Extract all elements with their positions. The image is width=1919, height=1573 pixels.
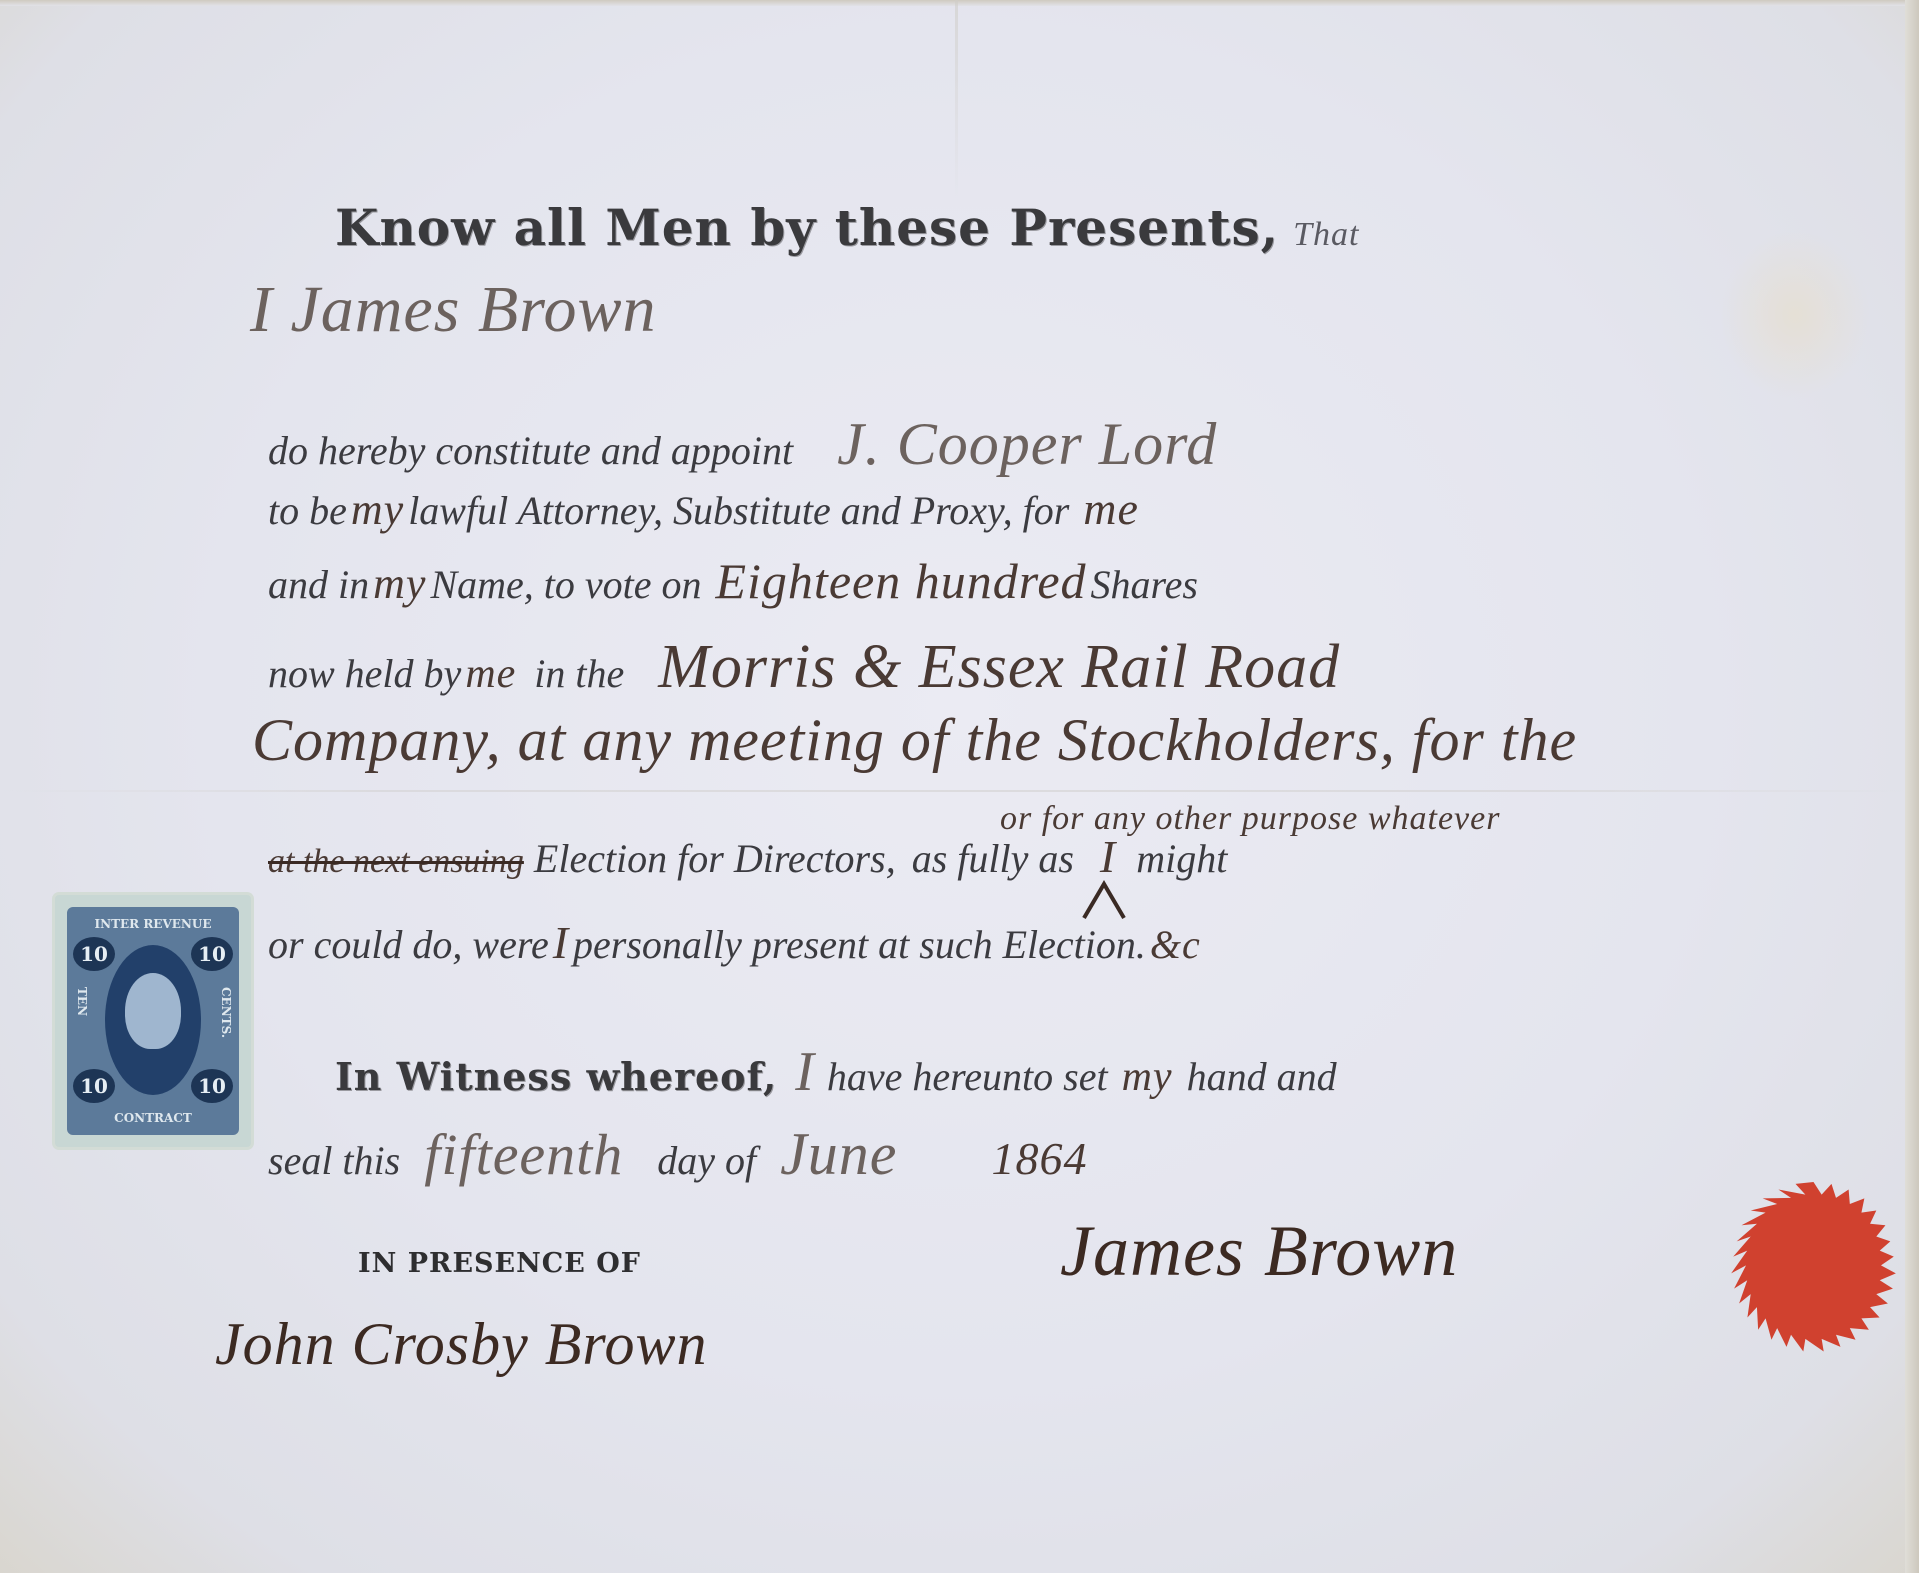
date-line: seal this fifteenth day of June 1864 (268, 1120, 1087, 1189)
stamp-denomination: 10 (191, 1069, 233, 1103)
share-count: Eighteen hundred (716, 553, 1087, 609)
attorney-name: J. Cooper Lord (837, 411, 1217, 477)
printed-text: might (1136, 836, 1227, 881)
election-line: at the next ensuing Election for Directo… (268, 830, 1227, 883)
printed-text: lawful Attorney, Substitute and Proxy, f… (408, 488, 1069, 533)
handwritten-text: I (795, 1041, 815, 1103)
stamp-denomination: 10 (73, 1069, 115, 1103)
stamp-right-text: CENTS. (219, 987, 233, 1038)
handwritten-text: I (1100, 831, 1116, 882)
presence-label: IN PRESENCE OF (358, 1248, 641, 1279)
document-title: Know all Men by these Presents,That (335, 198, 1359, 257)
insertion-caret-icon (1080, 880, 1130, 920)
printed-text: to be (268, 488, 347, 533)
company-line: now held by me in the Morris & Essex Rai… (268, 632, 1340, 703)
revenue-stamp: INTER REVENUE 10 10 TEN CENTS. 10 10 CON… (55, 895, 251, 1147)
stamp-bottom-text: CONTRACT (67, 1105, 239, 1131)
printed-text: or could do, were (268, 922, 549, 967)
printed-text: day of (657, 1138, 756, 1183)
grantor-signature: James Brown (1060, 1210, 1458, 1293)
handwritten-text: my (1122, 1054, 1173, 1100)
printed-text: Name, to vote on (430, 562, 701, 607)
stamp-top-text: INTER REVENUE (67, 911, 239, 937)
title-text: Know all Men by these Presents, (335, 198, 1279, 257)
grantor-name: I James Brown (250, 272, 657, 348)
date-year: 1864 (991, 1133, 1087, 1184)
washington-portrait-icon (125, 973, 181, 1049)
printed-text: personally present at such Election. (573, 922, 1146, 967)
printed-text: and in (268, 562, 369, 607)
handwritten-text: my (351, 485, 404, 534)
handwritten-text: me (465, 651, 516, 697)
printed-text: Shares (1091, 562, 1198, 607)
company-name: Morris & Essex Rail Road (658, 633, 1340, 701)
date-day: fifteenth (424, 1122, 623, 1187)
fold-crease (0, 790, 1919, 792)
handwritten-text: I (553, 917, 569, 968)
document-paper: Know all Men by these Presents,That I Ja… (0, 0, 1919, 1573)
date-month: June (780, 1121, 897, 1187)
printed-text: in the (534, 651, 624, 696)
stamp-denomination: 10 (191, 937, 233, 971)
stamp-left-text: TEN (75, 987, 89, 1016)
handwritten-text: my (373, 559, 426, 608)
paper-stain (1720, 230, 1870, 400)
title-suffix: That (1293, 216, 1359, 253)
red-seal-icon (1727, 1182, 1900, 1355)
witness-line: In Witness whereof, I have hereunto set … (335, 1040, 1337, 1104)
witness-signature: John Crosby Brown (215, 1310, 708, 1379)
proxy-line: to be my lawful Attorney, Substitute and… (268, 482, 1139, 535)
appoint-line: do hereby constitute and appoint J. Coop… (268, 410, 1217, 479)
printed-text: Election for Directors, (534, 836, 896, 881)
shares-line: and in my Name, to vote on Eighteen hund… (268, 552, 1198, 610)
handwritten-text: me (1083, 483, 1139, 534)
handwritten-text: &c (1150, 922, 1201, 967)
printed-text: seal this (268, 1138, 400, 1183)
meeting-line: Company, at any meeting of the Stockhold… (252, 706, 1577, 775)
personally-line: or could do, were I personally present a… (268, 916, 1201, 969)
printed-text: now held by (268, 651, 461, 696)
struck-text: at the next ensuing (268, 843, 524, 880)
printed-text: as fully as (912, 836, 1074, 881)
printed-text: do hereby constitute and appoint (268, 428, 793, 473)
fold-crease (955, 0, 958, 200)
stamp-denomination: 10 (73, 937, 115, 971)
printed-text: have hereunto set (827, 1054, 1108, 1099)
gothic-text: In Witness whereof, (335, 1054, 777, 1099)
printed-text: hand and (1187, 1054, 1337, 1099)
